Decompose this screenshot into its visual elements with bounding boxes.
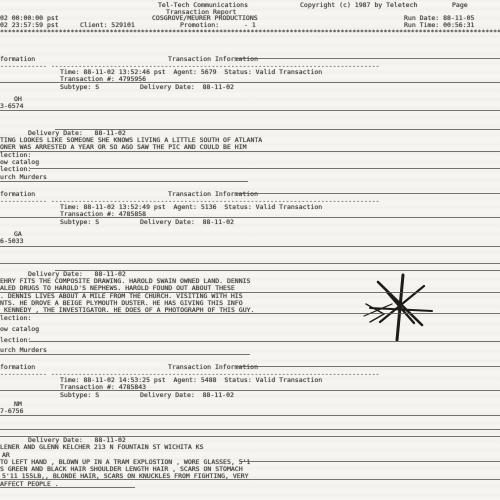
separator-line xyxy=(0,479,500,480)
separator-line xyxy=(0,354,250,355)
text-line: lection: xyxy=(0,166,31,173)
separator-line xyxy=(0,429,500,430)
separator-line xyxy=(238,58,500,59)
text-line: ALED DRUGS TO HAROLD'S NEPHEWS. HAROLD F… xyxy=(0,285,235,292)
separator-line xyxy=(55,270,500,271)
text-line: Subtype: S xyxy=(60,392,99,399)
text-line: Page xyxy=(452,2,468,9)
text-line: 7-6756 xyxy=(0,408,23,415)
scanned-report-page: Tel-Tech CommunicationsCopyright (c) 198… xyxy=(0,0,500,500)
text-line: urch Murders xyxy=(0,347,47,354)
text-line: ow catalog xyxy=(0,326,39,333)
text-line: 3-6574 xyxy=(0,103,23,110)
separator-line xyxy=(0,151,500,152)
separator-line xyxy=(240,461,500,462)
text-line: lection: xyxy=(0,315,31,322)
separator-line xyxy=(238,366,500,367)
text-line: Delivery Date: 88-11-02 xyxy=(140,219,234,226)
separator-line xyxy=(0,292,500,293)
text-line: LENER AND GLENN KELCHER 213 N FOUNTAIN S… xyxy=(0,444,204,451)
separator-line xyxy=(0,436,500,437)
separator-line xyxy=(0,313,500,314)
text-line: 6-5033 xyxy=(0,238,23,245)
text-line: lection: xyxy=(0,337,31,344)
text-line: Subtype: S xyxy=(60,84,99,91)
separator-line xyxy=(0,487,135,488)
text-line: ONER WAS ARRESTED A YEAR OR SO AGO SAW T… xyxy=(0,144,247,151)
separator-line xyxy=(0,246,500,247)
separator-line xyxy=(30,341,500,342)
hand-drawn-asterisk-mark xyxy=(362,270,440,348)
separator-line xyxy=(55,129,500,130)
separator-line xyxy=(0,181,248,182)
separator-line xyxy=(0,82,500,83)
text-line: urch Murders xyxy=(0,174,47,181)
separator-line xyxy=(0,415,500,416)
text-line: Delivery Date: 88-11-02 xyxy=(140,392,234,399)
separator-line xyxy=(0,110,500,111)
separator-line xyxy=(238,193,500,194)
separator-line xyxy=(0,390,500,391)
separator-line xyxy=(0,263,500,264)
separator-line xyxy=(0,217,500,218)
text-line: Delivery Date: 88-11-02 xyxy=(140,84,234,91)
text-line: ****************************************… xyxy=(0,29,500,36)
text-line: Subtype: S xyxy=(60,219,99,226)
separator-line xyxy=(30,168,500,169)
text-line: Copyright (c) 1987 by Teletech xyxy=(300,2,417,9)
